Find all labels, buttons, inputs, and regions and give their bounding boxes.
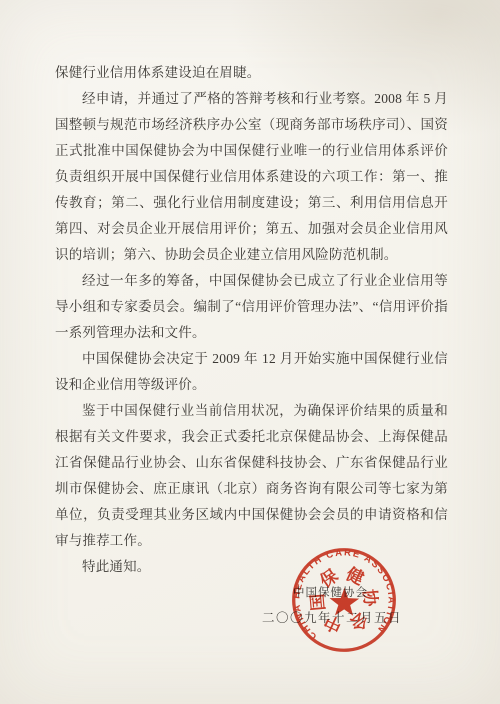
document-line: 第四、对会员企业开展信用评价；第五、加强对会员企业信用风险管理知 xyxy=(55,216,448,242)
document-line: 经过一年多的筹备，中国保健协会已成立了行业企业信用等级评价领 xyxy=(55,268,448,294)
scanned-document-page: 保健行业信用体系建设迫在眉睫。 经申请，并通过了严格的答辩考核和行业考察。200… xyxy=(0,0,500,704)
document-line: 江省保健品行业协会、山东省保健科技协会、广东省保健品行业协会、深 xyxy=(55,450,448,476)
document-line: 经申请，并通过了严格的答辩考核和行业考察。2008 年 5 月国务院全 xyxy=(55,86,448,112)
document-line: 鉴于中国保健行业当前信用状况，为确保评价结果的质量和影响力， xyxy=(55,398,448,424)
seal-character: 协 xyxy=(360,588,381,608)
document-line: 一系列管理办法和文件。 xyxy=(55,320,448,346)
document-line: 根据有关文件要求，我会正式委托北京保健品协会、上海保健品协会、浙 xyxy=(55,424,448,450)
document-body: 保健行业信用体系建设迫在眉睫。 经申请，并通过了严格的答辩考核和行业考察。200… xyxy=(55,60,448,580)
document-line: 导小组和专家委员会。编制了“信用评价管理办法”、“信用评价指标”等 xyxy=(55,294,448,320)
document-line: 国整顿与规范市场经济秩序办公室（现商务部市场秩序司）、国资委协会办 xyxy=(55,112,448,138)
document-line: 中国保健协会决定于 2009 年 12 月开始实施中国保健行业信用体系建 xyxy=(55,346,448,372)
document-line: 单位，负责受理其业务区域内中国保健协会会员的申请资格和信用等级初 xyxy=(55,502,448,528)
seal-character: 健 xyxy=(342,563,367,589)
seal-character: 保 xyxy=(316,565,342,592)
official-seal: CHINA HEALTH CARE ASSOCIATION 中 国 保 健 协 … xyxy=(282,538,406,662)
document-line: 设和企业信用等级评价。 xyxy=(55,372,448,398)
document-line: 传教育；第二、强化行业信用制度建设；第三、利用信用信息开展服务； xyxy=(55,190,448,216)
document-line: 识的培训；第六、协助会员企业建立信用风险防范机制。 xyxy=(55,242,448,268)
document-line: 正式批准中国保健协会为中国保健行业唯一的行业信用体系评价单位，并 xyxy=(55,138,448,164)
document-line: 负责组织开展中国保健行业信用体系建设的六项工作：第一、推进诚信宣 xyxy=(55,164,448,190)
seal-star-icon xyxy=(329,587,359,616)
seal-character: 国 xyxy=(308,593,328,612)
seal-character: 中 xyxy=(321,611,345,636)
document-line: 圳市保健协会、庶正康讯（北京）商务咨询有限公司等七家为第三方推荐 xyxy=(55,476,448,502)
document-line: 保健行业信用体系建设迫在眉睫。 xyxy=(55,60,448,86)
